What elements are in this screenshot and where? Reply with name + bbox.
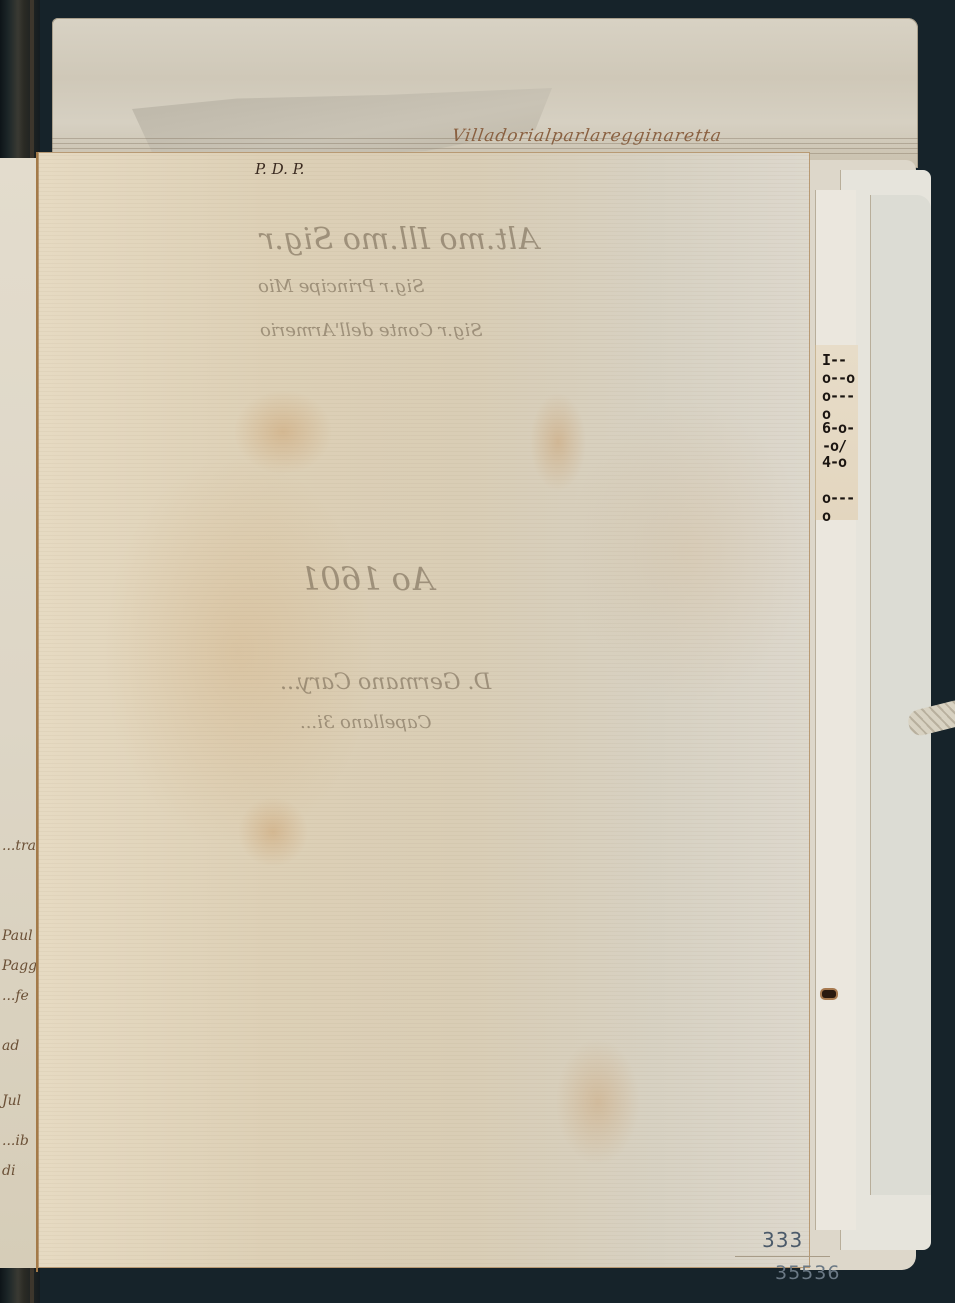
archive-rule [735,1256,830,1257]
bleed-through-text: Alt.mo Ill.mo Sig.r [260,222,539,257]
side-tab: I--o--o o---o 6-o--o/ 4-o o---o [815,345,858,520]
tab-mark: o---o [822,489,858,525]
facing-page-text: ...tra [2,838,36,854]
binding-hole [822,990,836,998]
tab-mark: 6-o--o/ [822,419,858,455]
facing-page-text: ad [2,1038,19,1054]
facing-page-text: ...ib [2,1133,29,1149]
tab-mark: 4-o [822,453,846,471]
bleed-through-text: Capellano 3i... [300,712,431,733]
bleed-through-text: Sig.r Conte dell'Armerio [260,320,483,341]
tab-mark: I--o--o [822,351,858,387]
archive-old-folio-number-overlap: 36 [814,1262,840,1284]
page-header-fragment: P. D. P. [255,160,304,178]
archive-folio-number: 333 [762,1228,803,1252]
archive-old-folio-number-main: 355 [775,1262,814,1284]
facing-page-text: Jul [2,1093,21,1109]
bleed-through-text: D. Germano Cary... [280,670,491,695]
facing-page-text: di [2,1163,15,1179]
facing-page-text: Paul [2,928,33,944]
archive-old-folio-number: 35536 [775,1262,840,1284]
gutter-fold [36,152,38,1272]
top-leaf-stack: Villadorialparlaregginaretta [52,18,918,168]
facing-page-text: ...fe [2,988,29,1004]
bleed-through-text: Sig.r Principe Mio [258,276,424,297]
tab-mark: o---o [822,387,858,423]
bleed-through-text: Ao 1601 [300,560,434,598]
stacked-leaf [870,195,931,1195]
